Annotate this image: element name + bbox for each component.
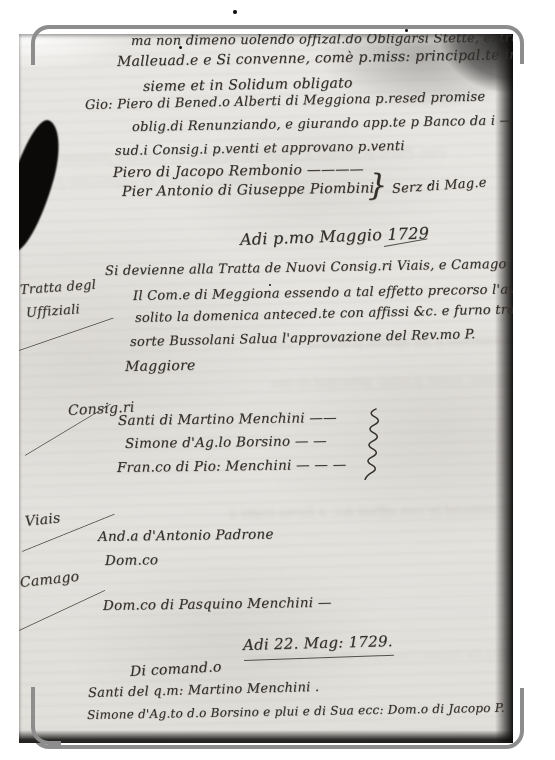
ink-speck (179, 46, 182, 49)
entry-date: Adi 22. Mag: 1729. (243, 632, 393, 654)
manuscript-line: sorte Bussolani Salua l'approvazione del… (130, 327, 476, 350)
parchment-page: Il Com.e di Meggiona essendo a tal effet… (19, 34, 513, 743)
manuscript-line: Santi del q.m: Martino Menchini . (88, 680, 320, 701)
frame-corner-bottom-left (31, 687, 61, 745)
brace-glyph: } (368, 168, 387, 203)
manuscript-line: Serz di Mag.e (391, 175, 487, 197)
ink-speck (233, 10, 237, 14)
bleedthrough-ghost: Malleuad.e e Si convenne, comè p.miss: p… (269, 371, 513, 392)
ink-speck (429, 184, 431, 186)
manuscript-line: oblig.di Renunziando, e giurando app.te … (132, 113, 513, 135)
margin-note-uffiziali: Uffiziali (25, 302, 80, 321)
consigliere-name: Santi di Martino Menchini —— (118, 410, 337, 429)
viais-name: And.a d'Antonio Padrone (98, 527, 274, 545)
camago-name: Dom.co di Pasquino Menchini — (103, 595, 332, 614)
manuscript-line: Simone d'Ag.to d.o Borsino e plui e di S… (87, 701, 505, 722)
margin-note-camago: Camago (19, 569, 80, 591)
witness-name: Piero di Jacopo Rembonio ———— (113, 161, 364, 181)
frame-corner-top-left (31, 25, 61, 65)
scan-background-cover (514, 64, 530, 688)
margin-note-tratta: Tratta degl (19, 278, 96, 298)
viais-name: Dom.co (105, 552, 158, 569)
scan-thumb-shadow (19, 115, 69, 257)
flourish-line (244, 655, 394, 661)
ink-speck (269, 284, 271, 286)
book-gutter-shadow (495, 34, 513, 743)
margin-slash (19, 590, 105, 631)
witness-name: Pier Antonio di Giuseppe Piombini (122, 180, 375, 200)
consigliere-name: Fran.co di Pio: Menchini — — — (117, 457, 347, 476)
consigliere-name: Simone d'Ag.lo Borsino — — (125, 433, 327, 452)
page-bottom-shadow (19, 730, 513, 743)
manuscript-line: Maggiore (125, 358, 196, 375)
scanned-manuscript-viewer: Il Com.e di Meggiona essendo a tal effet… (0, 0, 555, 760)
ink-speck (405, 29, 408, 32)
bleedthrough-ghost: solito la domenica anteced.te con affiss… (229, 501, 513, 523)
margin-slash (19, 317, 114, 351)
entry-date: Adi p.mo Maggio 1729 (240, 223, 430, 249)
manuscript-line: Il Com.e di Meggiona essendo a tal effet… (133, 282, 513, 304)
manuscript-line: Si devienne alla Tratta de Nuovi Consig.… (105, 257, 507, 279)
manuscript-line: solito la domenica anteced.te con affiss… (135, 302, 513, 326)
brace-squiggle (364, 408, 382, 480)
margin-note-viais: Viais (24, 510, 61, 530)
entry-heading: Di comand.o (130, 659, 222, 680)
manuscript-line: sud.i Consig.i p.venti et approvano p.ve… (115, 139, 405, 159)
